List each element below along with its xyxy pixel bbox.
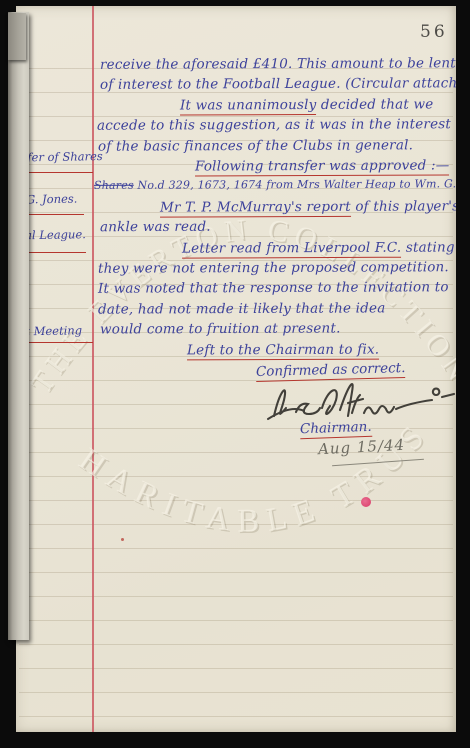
phrase: would come to fruition at present.: [100, 321, 341, 338]
phrase: of interest to the Football League. (Cir…: [100, 76, 456, 94]
pencil-date: Aug 15/44: [318, 436, 406, 459]
page-edge-strip: [8, 12, 29, 640]
ruled-line: [19, 620, 453, 621]
manuscript-line: Following transfer was approved :—: [195, 157, 450, 174]
red-underlined-phrase: Letter read from Liverpool F.C.: [182, 239, 401, 258]
red-underlined-phrase: Following transfer was approved :—: [195, 157, 450, 176]
pink-ink-dot: [361, 497, 371, 507]
ruled-line: [19, 692, 453, 693]
margin-note: G. Jones.: [26, 192, 78, 207]
manuscript-line: receive the aforesaid £410. This amount …: [100, 55, 456, 73]
phrase: of this player's: [351, 198, 456, 214]
struck-word: Shares: [94, 179, 134, 192]
phrase: receive the aforesaid £410. This amount …: [100, 55, 456, 73]
ruled-line: [19, 524, 453, 525]
phrase: they were not entering the proposed comp…: [98, 259, 449, 277]
phrase: It was noted that the response to the in…: [98, 280, 449, 298]
ruled-line: [19, 428, 453, 429]
manuscript-line: accede to this suggestion, as it was in …: [97, 116, 451, 134]
ruled-line: [19, 572, 453, 573]
manuscript-line: ankle was read.: [100, 219, 211, 235]
red-underlined-phrase: It was unanimously: [180, 97, 316, 116]
ruled-line: [19, 548, 453, 549]
chairman-signature: [264, 378, 456, 424]
red-speck: [121, 538, 124, 541]
manuscript-line: Mr T. P. McMurray's report of this playe…: [160, 198, 456, 215]
manuscript-line: they were not entering the proposed comp…: [98, 259, 449, 277]
phrase: No.d 329, 1673, 1674 from Mrs Walter Hea…: [134, 177, 456, 192]
red-underlined-phrase: Left to the Chairman to fix.: [187, 341, 379, 360]
ruled-line: [19, 476, 453, 477]
phrase: ankle was read.: [100, 219, 211, 235]
manuscript-line: Left to the Chairman to fix.: [187, 341, 379, 358]
ruled-line: [19, 716, 453, 717]
phrase: of the basic finances of the Clubs in ge…: [98, 137, 413, 154]
margin-note: Transfer of Shares: [16, 149, 103, 165]
ruled-line: [19, 596, 453, 597]
red-underlined-phrase: Mr T. P. McMurray's report: [160, 199, 351, 218]
manuscript-line: of the basic finances of the Clubs in ge…: [98, 137, 413, 154]
manuscript-line: would come to fruition at present.: [100, 321, 341, 338]
ruled-line: [19, 644, 453, 645]
manuscript-line: Shares No.d 329, 1673, 1674 from Mrs Wal…: [94, 177, 456, 192]
manuscript-line: Letter read from Liverpool F.C. stating …: [182, 239, 456, 256]
phrase: decided that we: [316, 96, 433, 113]
ledger-page: THE EVERTON COLLECTION CHARITABLE TRUST …: [16, 6, 456, 732]
chairman-label: Chairman.: [300, 419, 372, 439]
scanned-minute-book-page: THE EVERTON COLLECTION CHARITABLE TRUST …: [0, 0, 470, 748]
manuscript-line: It was unanimously decided that we: [180, 96, 433, 113]
page-edge-tab: [8, 13, 26, 60]
manuscript-line: It was noted that the response to the in…: [98, 280, 449, 298]
phrase: accede to this suggestion, as it was in …: [97, 116, 451, 134]
manuscript-line: of interest to the Football League. (Cir…: [100, 76, 456, 94]
ruled-line: [19, 668, 453, 669]
margin-note-underline: [22, 214, 84, 215]
page-number: 56: [420, 22, 448, 42]
margin-rule-line: [92, 6, 94, 732]
ruled-line: [19, 500, 453, 501]
phrase: date, had not made it likely that the id…: [98, 300, 386, 317]
pencil-date-underline: [332, 459, 424, 467]
phrase: stating that: [401, 239, 456, 255]
manuscript-line: date, had not made it likely that the id…: [98, 300, 386, 317]
